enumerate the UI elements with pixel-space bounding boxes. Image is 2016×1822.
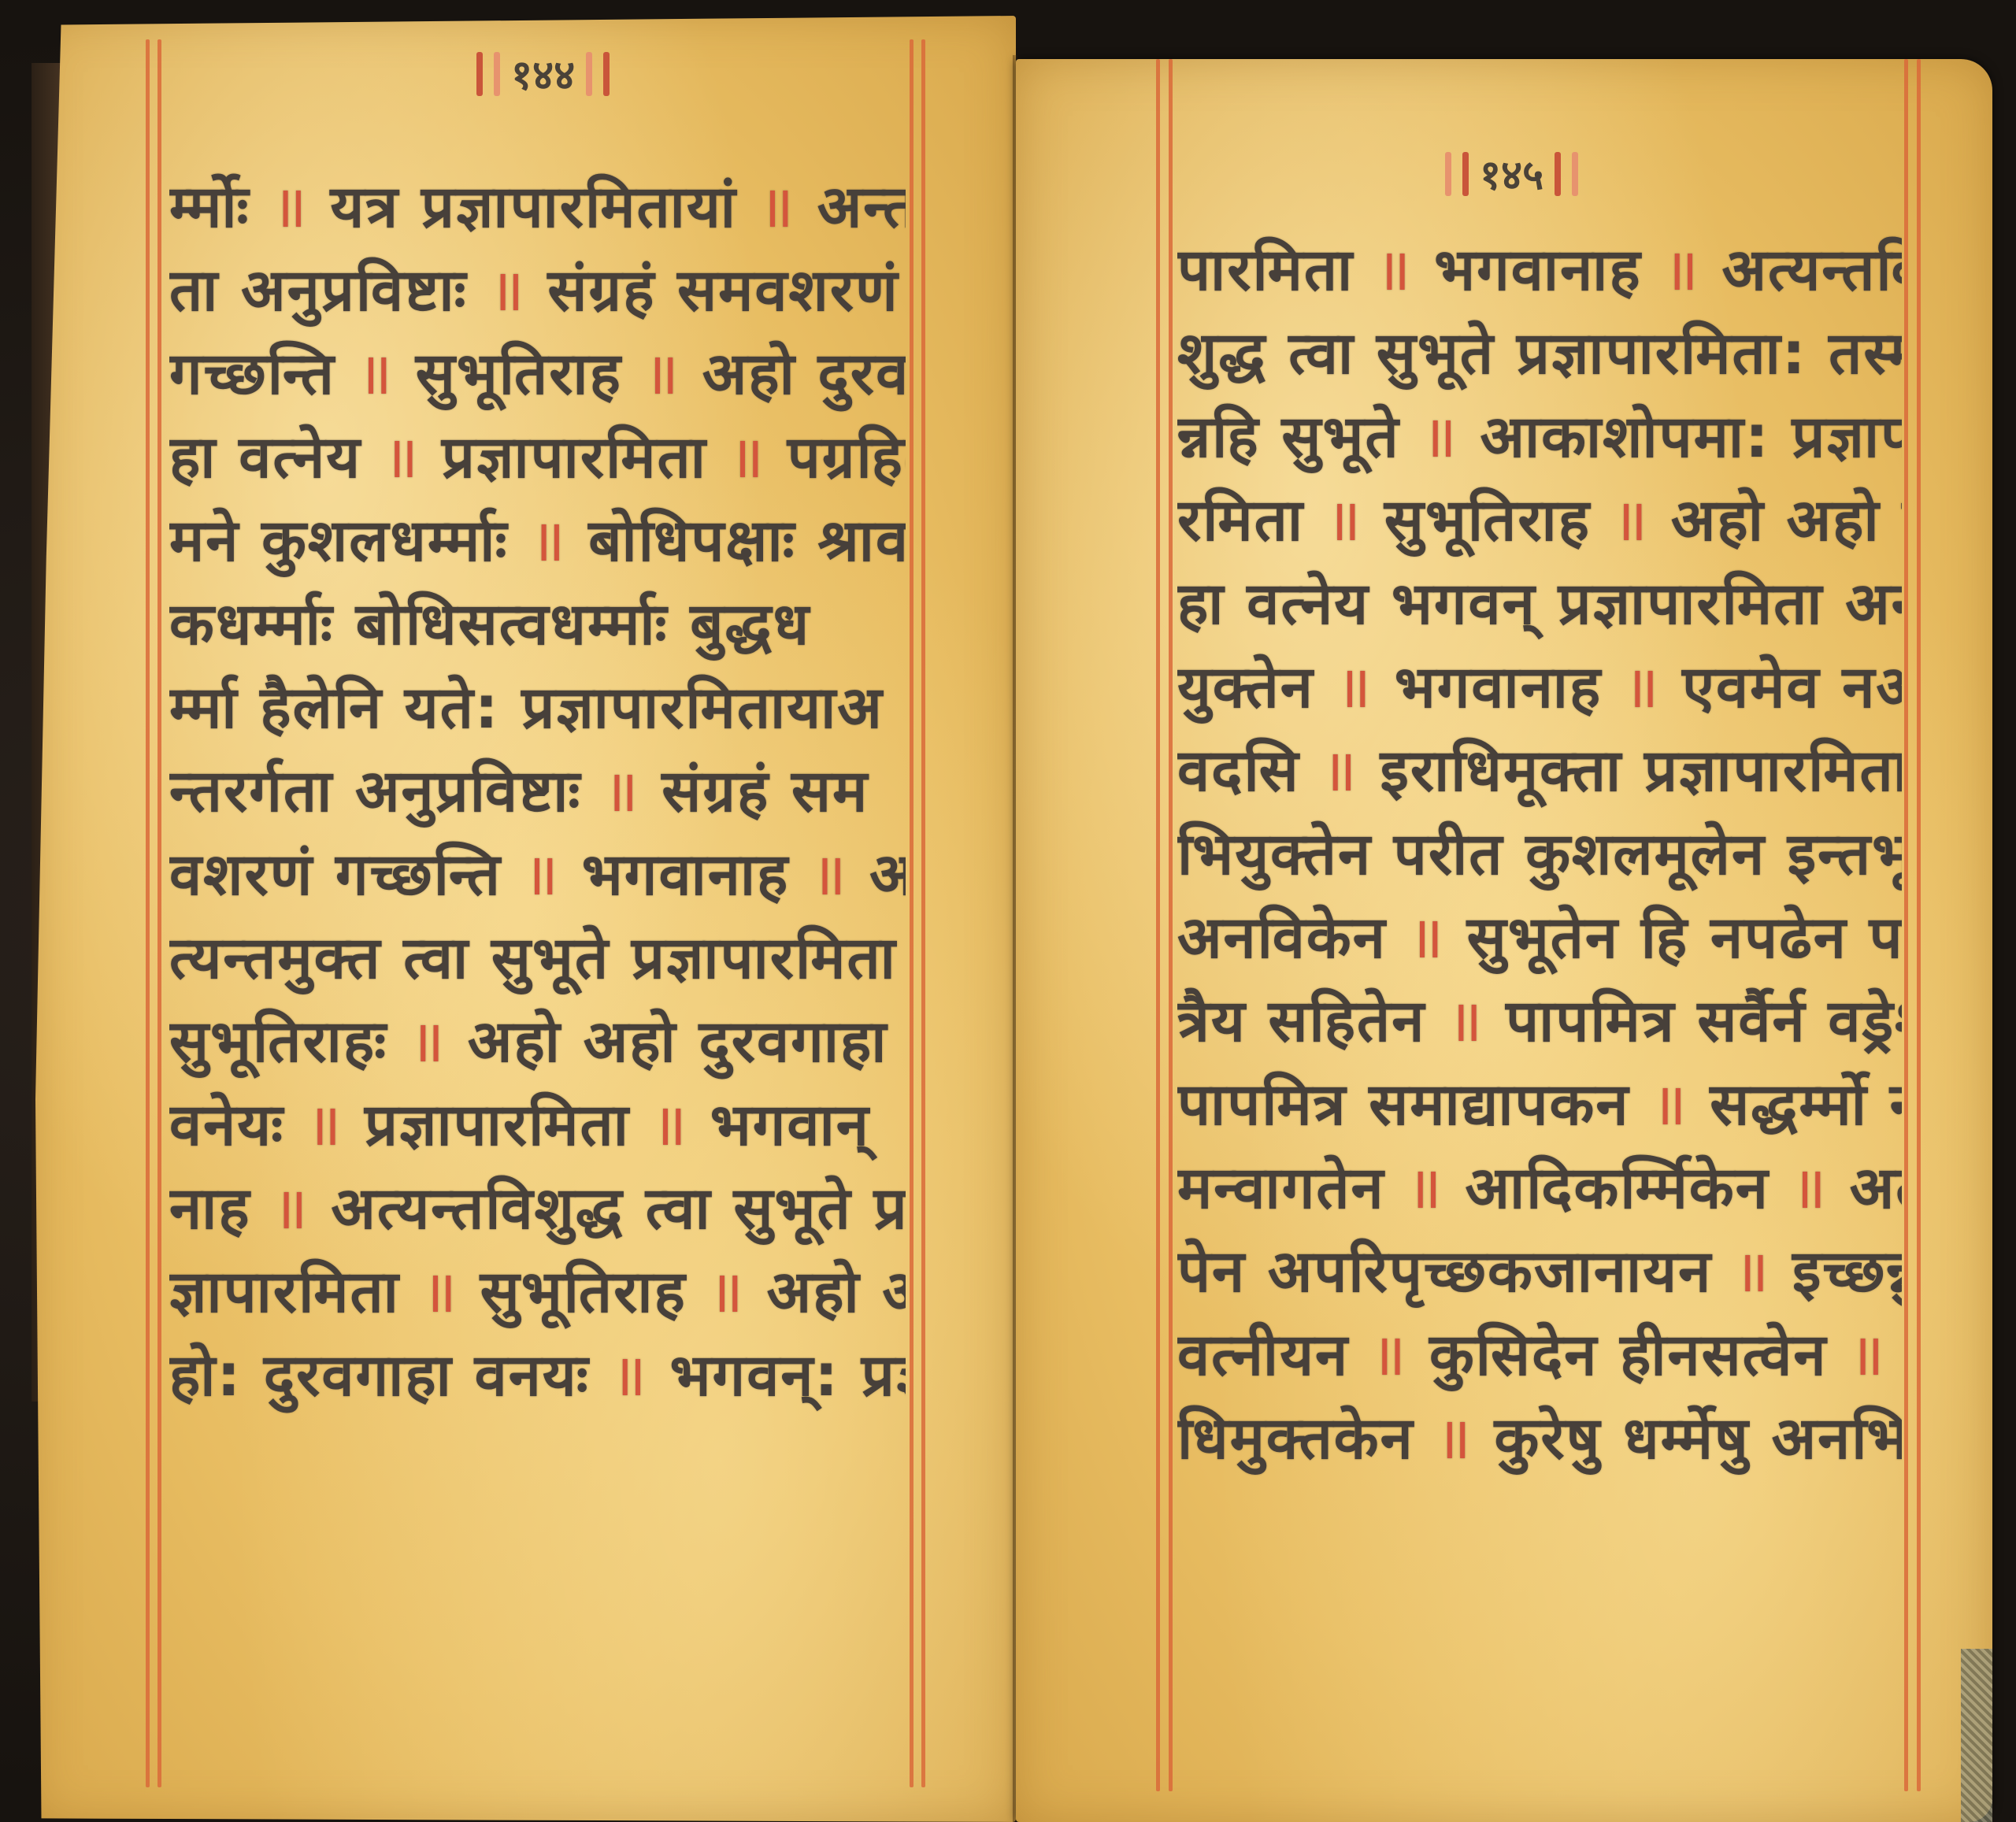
rubric-bar <box>1555 152 1561 196</box>
danda-mark: ॥ <box>1792 1154 1828 1222</box>
text-line: पेन अपरिपृच्छकजानायन ॥ इच्छन्नुसं <box>1177 1230 1902 1313</box>
margin-rule-left-outer <box>146 39 150 1787</box>
danda-mark: ॥ <box>409 1008 446 1076</box>
danda-mark: ॥ <box>1734 1238 1770 1305</box>
text-line: त्यन्तमुक्त त्वा सुभूते प्रज्ञापारमिता <box>169 917 906 1000</box>
danda-mark: ॥ <box>1849 1321 1885 1389</box>
folio-number-left: १४४ <box>476 46 610 102</box>
danda-mark: ॥ <box>611 1342 647 1409</box>
text-line: पारमिता ॥ भगवानाह ॥ अत्यन्तवि <box>1177 228 1902 312</box>
danda-mark: ॥ <box>759 173 795 241</box>
danda-mark: ॥ <box>644 340 680 408</box>
text-line: कधर्म्माः बोधिसत्वधर्म्माः बुद्धध <box>169 583 906 666</box>
danda-mark: ॥ <box>1447 987 1484 1055</box>
folio-number-right: १४५ <box>1445 146 1578 202</box>
margin-rule-left-outer <box>1156 59 1160 1791</box>
text-line: युक्तेन ॥ भगवानाह ॥ एवमेव नअथा <box>1177 646 1902 729</box>
text-line: हा वत्नेय भगवन् प्रज्ञापारमिता अनभि <box>1177 562 1902 646</box>
text-line: र्म्मा हैलेनि यते: प्रज्ञापारमितायाअ <box>169 666 906 750</box>
text-line: वदसि ॥ इराधिमूक्ता प्रज्ञापारमिता अन <box>1177 729 1902 813</box>
margin-rule-right-outer <box>921 39 925 1787</box>
rubric-bar <box>603 52 610 96</box>
text-line: न्नहि सुभूते ॥ आकाशोपमा: प्रज्ञापा <box>1177 395 1902 479</box>
danda-mark: ॥ <box>422 1258 458 1326</box>
rubric-bar <box>1572 152 1578 196</box>
danda-mark: ॥ <box>1406 1154 1443 1222</box>
danda-mark: ॥ <box>530 507 566 575</box>
text-line: ता अनुप्रविष्टाः ॥ संग्रहं समवशरणं <box>169 249 906 332</box>
margin-rule-right-outer <box>1917 59 1921 1791</box>
folio-number-text: १४५ <box>1480 146 1543 202</box>
text-line: अनविकेन ॥ सुभूतेन हि नपढेन पापमि <box>1177 896 1902 980</box>
danda-mark: ॥ <box>709 1258 745 1326</box>
right-text-block: पारमिता ॥ भगवानाह ॥ अत्यन्तवि शुद्ध त्वा… <box>1177 228 1902 1480</box>
rubric-bar <box>476 52 483 96</box>
text-line: त्रैय सहितेन ॥ पापमित्र सर्वैर्न वड्रेशा… <box>1177 980 1902 1063</box>
danda-mark: ॥ <box>306 1091 343 1159</box>
left-text-block: र्म्मोः ॥ यत्र प्रज्ञापारमितायां ॥ अन्तर… <box>169 165 906 1417</box>
danda-mark: ॥ <box>652 1091 688 1159</box>
margin-rule-left-inner <box>1169 59 1173 1791</box>
danda-mark: ॥ <box>1663 236 1699 304</box>
rubric-bar <box>494 52 500 96</box>
rubric-bar <box>1462 152 1469 196</box>
danda-mark: ॥ <box>729 424 765 491</box>
text-line: पापमित्र समाद्यापकन ॥ सद्धर्म्मो नकस <box>1177 1063 1902 1146</box>
danda-mark: ॥ <box>1651 1071 1688 1139</box>
danda-mark: ॥ <box>1436 1405 1472 1472</box>
right-folio-page: १४५ पारमिता ॥ भगवानाह ॥ अत्यन्तवि शुद्ध … <box>1016 59 1992 1822</box>
left-folio-page: १४४ र्म्मोः ॥ यत्र प्रज्ञापारमितायां ॥ अ… <box>31 16 1016 1822</box>
text-line: र्म्मोः ॥ यत्र प्रज्ञापारमितायां ॥ अन्तर… <box>169 165 906 249</box>
danda-mark: ॥ <box>489 257 525 324</box>
text-line: हा वत्नेय ॥ प्रज्ञापारमिता ॥ पग्रहिता <box>169 416 906 499</box>
text-line: गच्छन्ति ॥ सुभूतिराह ॥ अहो दुरवगा <box>169 332 906 416</box>
danda-mark: ॥ <box>524 841 560 909</box>
danda-mark: ॥ <box>1371 1321 1407 1389</box>
margin-rule-right-inner <box>1904 59 1908 1791</box>
margin-rule-right-inner <box>910 39 913 1787</box>
rubric-bar <box>586 52 592 96</box>
text-line: रमिता ॥ सुभूतिराह ॥ अहो अहो दुरवगा <box>1177 479 1902 562</box>
danda-mark: ॥ <box>1326 487 1362 554</box>
danda-mark: ॥ <box>1321 737 1358 805</box>
danda-mark: ॥ <box>1336 654 1373 721</box>
text-line: वत्नीयन ॥ कुसिदेन हीनसत्वेन ॥ हीना <box>1177 1313 1902 1397</box>
danda-mark: ॥ <box>1376 236 1412 304</box>
danda-mark: ॥ <box>272 173 308 241</box>
danda-mark: ॥ <box>384 424 420 491</box>
text-line: शुद्ध त्वा सुभूते प्रज्ञापारमिता: तस्मा <box>1177 312 1902 395</box>
text-line: मने कुशलधर्म्माः ॥ बोधिपक्षाः श्राव <box>169 499 906 583</box>
danda-mark: ॥ <box>603 757 639 825</box>
open-manuscript: १४४ र्म्मोः ॥ यत्र प्रज्ञापारमितायां ॥ अ… <box>31 16 1992 1822</box>
folio-number-text: १४४ <box>511 46 575 102</box>
danda-mark: ॥ <box>1421 403 1458 471</box>
danda-mark: ॥ <box>1624 654 1660 721</box>
danda-mark: ॥ <box>1409 904 1445 972</box>
danda-mark: ॥ <box>358 340 394 408</box>
rubric-bar <box>1445 152 1451 196</box>
text-line: ज्ञापारमिता ॥ सुभूतिराह ॥ अहो अ <box>169 1250 906 1334</box>
binding-cloth <box>1961 1649 1992 1822</box>
margin-rule-left-inner <box>157 39 161 1787</box>
danda-mark: ॥ <box>272 1175 309 1242</box>
danda-mark: ॥ <box>1613 487 1649 554</box>
text-line: हो: दुरवगाहा वनयः ॥ भगवन्: प्रज्ञा <box>169 1334 906 1417</box>
text-line: वनेयः ॥ प्रज्ञापारमिता ॥ भगवान् <box>169 1083 906 1167</box>
text-line: न्तरर्गता अनुप्रविष्टाः ॥ संग्रहं सम <box>169 750 906 833</box>
text-line: सुभूतिराहः ॥ अहो अहो दुरवगाहा <box>169 1000 906 1083</box>
text-line: धिमुक्तकेन ॥ कुरेषु धर्म्मेषु अनभियुक्ते <box>1177 1397 1902 1480</box>
text-line: भियुक्तेन परीत कुशलमूलेन इन्तभूमा <box>1177 813 1902 896</box>
danda-mark: ॥ <box>811 841 847 909</box>
text-line: वशरणं गच्छन्ति ॥ भगवानाह ॥ अ <box>169 833 906 917</box>
text-line: मन्वागतेन ॥ आदिकर्म्मिकेन ॥ अतन्यरु <box>1177 1146 1902 1230</box>
text-line: नाह ॥ अत्यन्तविशुद्ध त्वा सुभूते प्र <box>169 1167 906 1250</box>
